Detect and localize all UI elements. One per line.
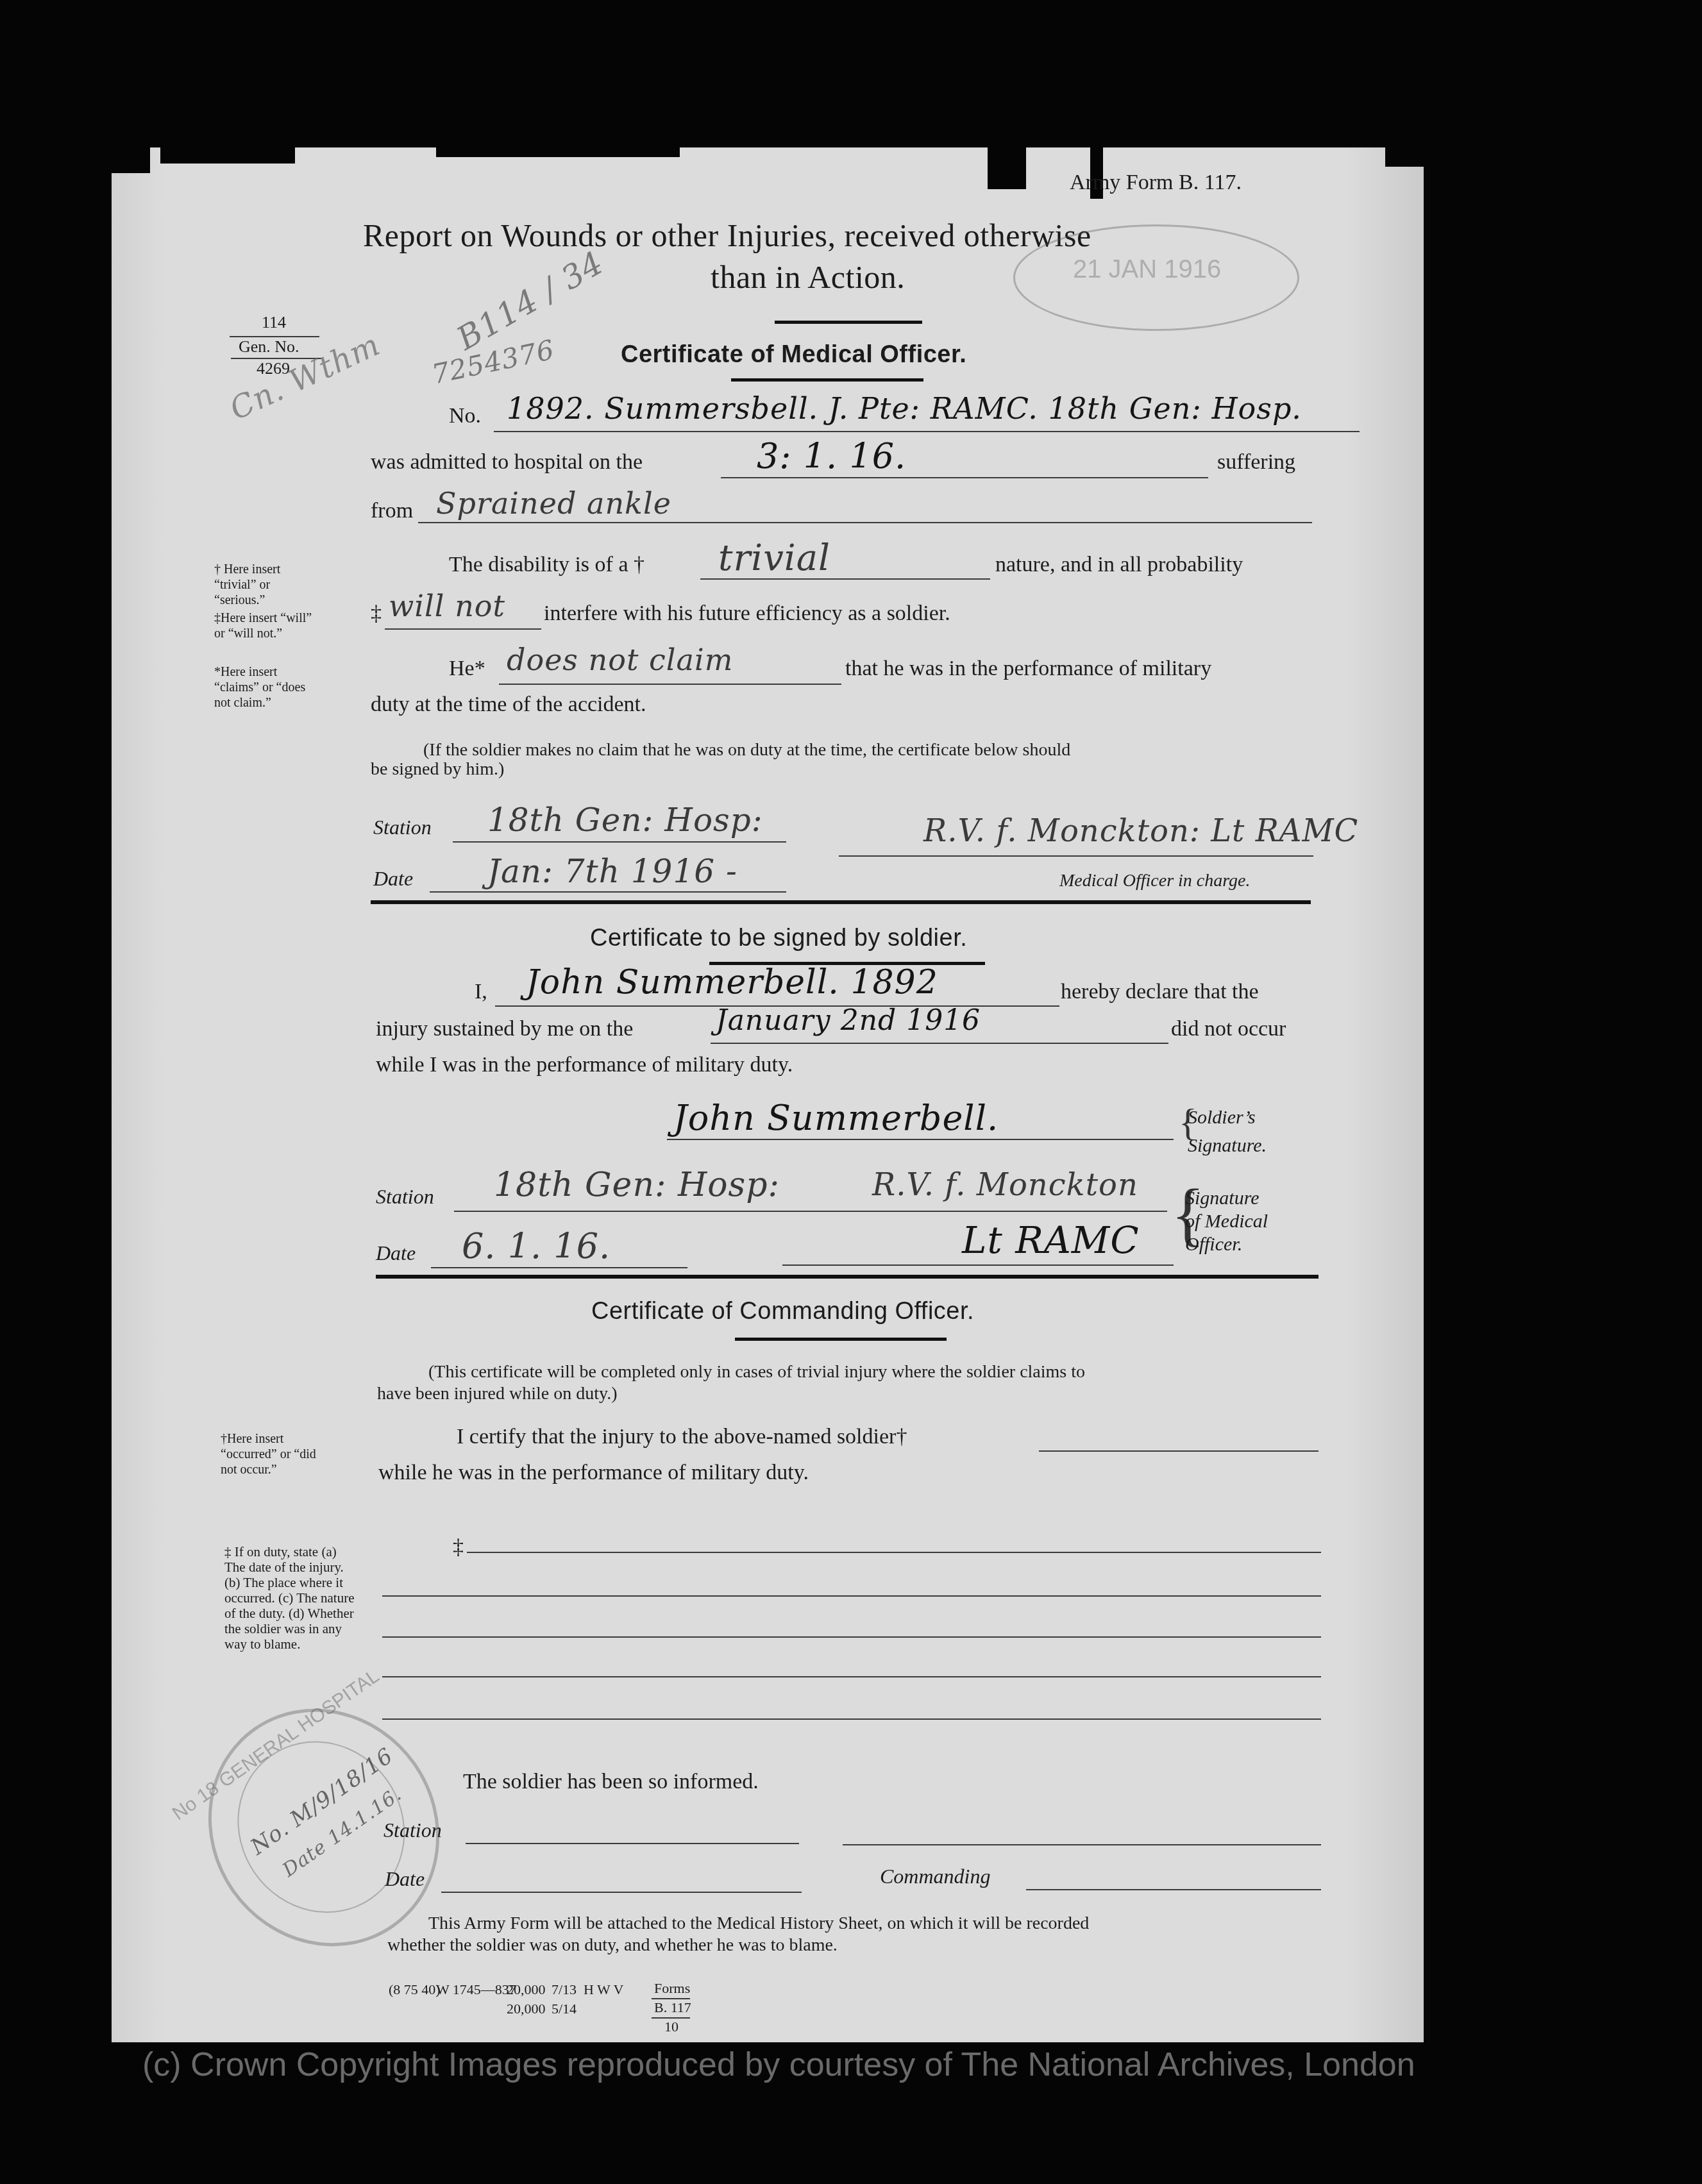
co-note-line2: have been injured while on duty.): [377, 1384, 618, 1404]
soldier-date-line: [431, 1267, 687, 1268]
received-stamp-date: 21 JAN 1916: [1073, 255, 1221, 284]
forms-sub: 10: [664, 2019, 678, 2035]
will-suffix: interfere with his future efficiency as …: [544, 601, 950, 626]
margin-note-claims: *Here insert “claims” or “does not claim…: [214, 664, 323, 710]
soldier-name-value[interactable]: John Summerbell. 1892: [526, 963, 938, 1002]
mo-station-line: [453, 841, 786, 843]
from-value[interactable]: Sprained ankle: [436, 486, 671, 521]
footer-instruction-line1: This Army Form will be attached to the M…: [428, 1913, 1089, 1934]
mo-station-label: Station: [373, 816, 432, 839]
soldier-i-label: I,: [475, 980, 487, 1004]
claim-suffix: that he was in the performance of milita…: [845, 657, 1211, 681]
from-field-line: [418, 522, 1312, 523]
heading-rule: [731, 378, 923, 382]
mo-station-value[interactable]: 18th Gen: Hosp:: [487, 802, 763, 839]
co-certify-field[interactable]: [1039, 1450, 1319, 1452]
forms-label: Forms: [654, 1980, 690, 1997]
torn-edge: [436, 141, 680, 157]
forms-number: B. 117: [654, 1999, 691, 2016]
admitted-date-value[interactable]: 3: 1. 16.: [757, 436, 906, 476]
co-note-line1: (This certificate will be completed only…: [428, 1362, 1085, 1382]
soldier-mo-caption-3: Officer.: [1185, 1234, 1242, 1256]
section-divider: [376, 1275, 1319, 1279]
co-station-line[interactable]: [466, 1843, 799, 1844]
admitted-label: was admitted to hospital on the: [371, 450, 643, 475]
print-qty-2: 20,000: [507, 2001, 546, 2017]
soldier-mo-signature-2[interactable]: Lt RAMC: [962, 1218, 1140, 1262]
print-date-2: 5/14: [552, 2001, 577, 2017]
soldier-signature-line: [667, 1139, 1174, 1140]
mo-date-value[interactable]: Jan: 7th 1916 -: [487, 853, 737, 890]
disability-suffix: nature, and in all probability: [995, 553, 1243, 577]
soldier-declare-suffix: hereby declare that the: [1061, 980, 1259, 1004]
will-field-line: [385, 628, 541, 630]
claim-field-line: [499, 684, 841, 685]
margin-note-will: ‡Here insert “will” or “will not.”: [214, 610, 323, 641]
duty-line-5[interactable]: [382, 1718, 1321, 1720]
soldier-signature-value[interactable]: John Summerbell.: [673, 1098, 998, 1138]
co-certify-line: I certify that the injury to the above-n…: [457, 1425, 907, 1449]
margin-note-trivial: † Here insert “trivial” or “serious.”: [214, 562, 323, 608]
title-rule: [775, 321, 922, 324]
co-date-line[interactable]: [441, 1892, 802, 1893]
disability-prefix: The disability is of a †: [449, 553, 645, 577]
torn-edge: [1385, 141, 1437, 167]
mo-signature-line: [839, 855, 1313, 857]
co-signature-line[interactable]: [843, 1844, 1321, 1845]
medical-officer-heading: Certificate of Medical Officer.: [621, 341, 966, 369]
torn-edge: [112, 147, 150, 173]
copyright-watermark: (c) Crown Copyright Images reproduced by…: [142, 2045, 1415, 2084]
print-code: (8 75 40): [389, 1981, 441, 1998]
he-label: He*: [449, 657, 485, 681]
admitted-field-line: [721, 477, 1208, 478]
duty-line-2[interactable]: [382, 1595, 1321, 1597]
claim-line2: duty at the time of the accident.: [371, 693, 646, 717]
soldier-heading: Certificate to be signed by soldier.: [590, 925, 967, 952]
footer-instruction-line2: whether the soldier was on duty, and whe…: [387, 1935, 838, 1956]
soldier-while-line: while I was in the performance of milita…: [376, 1053, 793, 1077]
duty-line-4[interactable]: [382, 1676, 1321, 1677]
received-stamp: 21 JAN 1916: [1013, 224, 1299, 331]
mo-note-line1: (If the soldier makes no claim that he w…: [423, 740, 1070, 760]
suffering-label: suffering: [1217, 450, 1295, 475]
heading-rule: [735, 1338, 947, 1341]
torn-edge: [988, 141, 1026, 189]
soldier-mo-sig-line: [782, 1264, 1174, 1266]
soldier-mo-caption-1: Signature: [1185, 1188, 1260, 1209]
margin-note-on-duty: ‡ If on duty, state (a) The date of the …: [224, 1544, 359, 1652]
mo-signature-value[interactable]: R.V. f. Monckton: Lt RAMC: [923, 813, 1358, 849]
duty-line-3[interactable]: [382, 1636, 1321, 1638]
soldier-injury-value[interactable]: January 2nd 1916: [716, 1004, 981, 1037]
torn-edge: [160, 141, 295, 164]
commanding-officer-heading: Certificate of Commanding Officer.: [591, 1298, 974, 1325]
printer: H W V: [584, 1981, 623, 1998]
soldier-station-line: [454, 1211, 1167, 1212]
mo-note-line2: be signed by him.): [371, 759, 504, 780]
co-commanding-line[interactable]: [1026, 1889, 1321, 1890]
form-title-line1: Report on Wounds or other Injuries, rece…: [363, 217, 1091, 254]
duty-line-1[interactable]: [467, 1552, 1321, 1553]
margin-note-occurred: †Here insert “occurred” or “did not occu…: [221, 1431, 330, 1477]
section-divider: [371, 900, 1311, 904]
print-date-1: 7/13: [552, 1981, 577, 1998]
duty-marker: ‡: [453, 1535, 464, 1559]
no-value[interactable]: 1892. Summersbell. J. Pte: RAMC. 18th Ge…: [507, 391, 1302, 426]
will-value[interactable]: will not: [389, 589, 505, 623]
form-number: Army Form B. 117.: [1070, 171, 1242, 195]
soldier-date-value[interactable]: 6. 1. 16.: [462, 1226, 611, 1266]
disability-value[interactable]: trivial: [718, 537, 830, 579]
ref-fraction-top: 114: [262, 313, 286, 332]
soldier-injury-label: injury sustained by me on the: [376, 1017, 633, 1041]
print-qty-1: 20,000: [507, 1981, 546, 1998]
soldier-date-label: Date: [376, 1241, 416, 1265]
co-commanding-label: Commanding: [880, 1865, 990, 1888]
soldier-mo-caption-2: of Medical: [1185, 1211, 1268, 1232]
soldier-signature-caption-2: Signature.: [1188, 1135, 1267, 1157]
will-marker: ‡: [371, 601, 382, 626]
co-while-line: while he was in the performance of milit…: [378, 1461, 809, 1485]
no-label: No.: [449, 404, 481, 428]
soldier-not-occur: did not occur: [1171, 1017, 1286, 1041]
print-ref: W 1745—837: [436, 1981, 516, 1998]
co-informed: The soldier has been so informed.: [463, 1770, 759, 1794]
soldier-injury-line: [711, 1043, 1168, 1044]
soldier-station-value[interactable]: 18th Gen: Hosp:: [494, 1166, 780, 1204]
from-label: from: [371, 499, 413, 523]
soldier-mo-signature-1[interactable]: R.V. f. Monckton: [872, 1167, 1138, 1203]
mo-date-line: [430, 891, 786, 893]
claim-value[interactable]: does not claim: [507, 643, 733, 677]
form-title-line2: than in Action.: [711, 258, 905, 296]
soldier-signature-caption-1: Soldier’s: [1188, 1107, 1256, 1129]
mo-date-label: Date: [373, 867, 413, 891]
ref-fraction-middle: Gen. No.: [239, 337, 299, 357]
mo-signature-caption: Medical Officer in charge.: [1059, 871, 1251, 891]
no-field-line: [494, 431, 1360, 432]
soldier-station-label: Station: [376, 1185, 434, 1209]
